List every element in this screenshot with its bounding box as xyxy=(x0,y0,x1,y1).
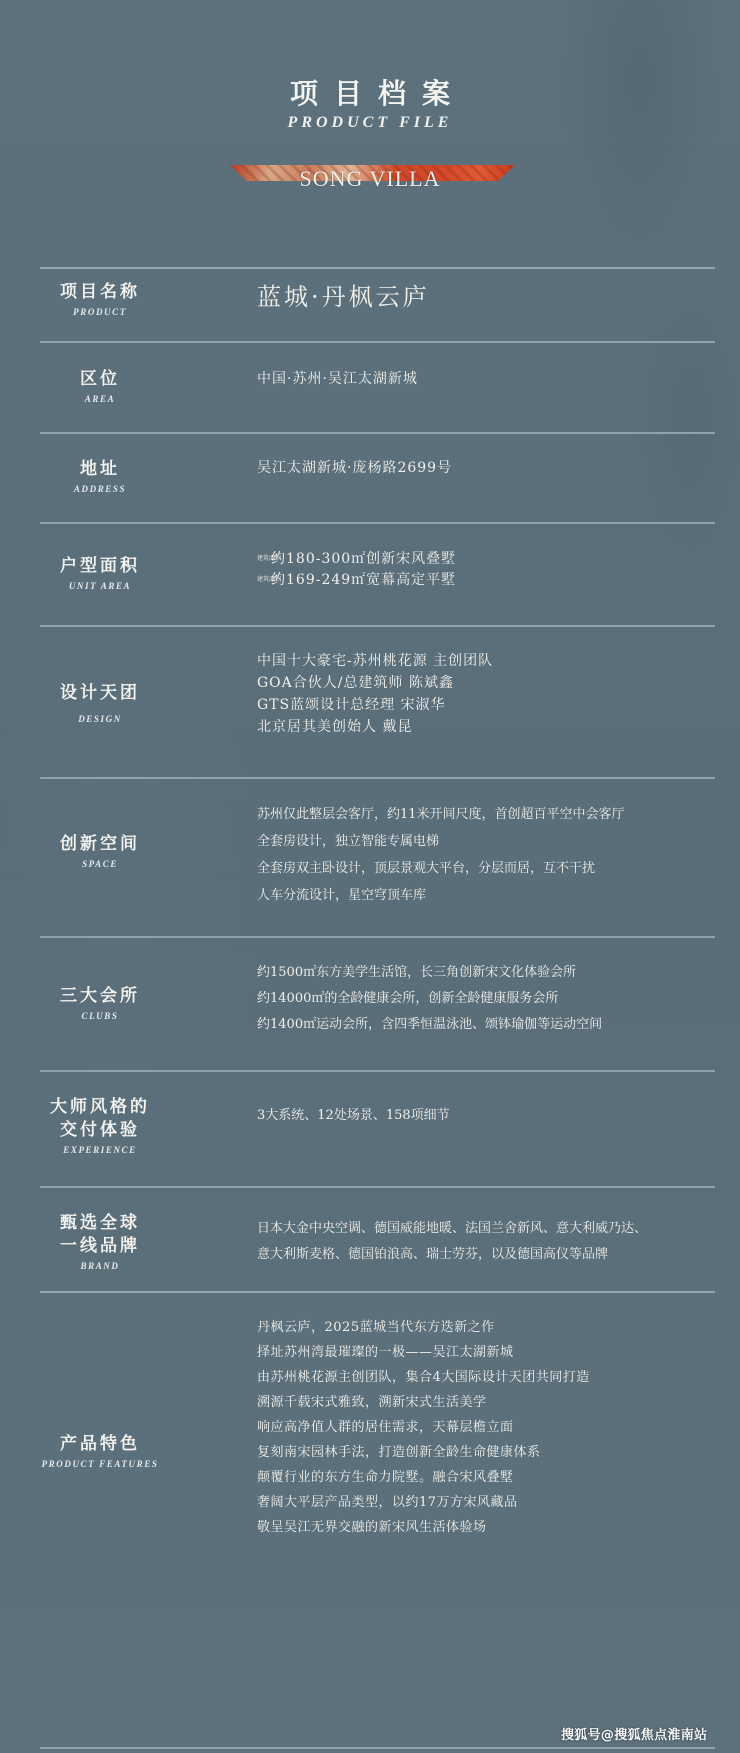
row-label: 户型面积 UNIT AREA xyxy=(40,555,160,591)
experience-value: 3大系统、12处场景、158项细节 xyxy=(257,1103,715,1128)
feature-line: 奢阔大平层产品类型，以约17万方宋风藏品 xyxy=(257,1490,715,1515)
row-value: 苏州仅此整层会客厅，约11米开间尺度，首创超百平空中会客厅 全套房设计，独立智能… xyxy=(257,801,715,909)
product-file-table: 项目名称 PRODUCT 蓝城·丹枫云庐 区位 AREA 中国·苏州·吴江太湖新… xyxy=(40,267,715,1749)
feature-line: 颠覆行业的东方生命力院墅。融合宋风叠墅 xyxy=(257,1465,715,1490)
label-cn: 交付体验 xyxy=(40,1119,160,1142)
label-cn: 区位 xyxy=(40,368,160,391)
page-header: 项目档案 PRODUCT FILE SONG VILLA xyxy=(0,0,740,240)
banner-text: SONG VILLA xyxy=(0,166,740,192)
row-value: 中国·苏州·吴江太湖新城 xyxy=(257,367,715,392)
unit-area-line: 建筑面积约169-249㎡宽幕高定平墅 xyxy=(257,570,715,591)
feature-line: 丹枫云庐，2025蓝城当代东方迭新之作 xyxy=(257,1315,715,1340)
label-cn: 项目名称 xyxy=(40,281,160,304)
row-value: 日本大金中央空调、德国威能地暖、法国兰舍新风、意大利威乃达、 意大利斯麦格、德国… xyxy=(257,1216,715,1268)
design-line: GOA合伙人/总建筑师 陈斌鑫 xyxy=(257,672,715,694)
space-line: 苏州仅此整层会客厅，约11米开间尺度，首创超百平空中会客厅 xyxy=(257,801,715,828)
club-line: 约1400㎡运动会所，含四季恒温泳池、颂钵瑜伽等运动空间 xyxy=(257,1012,715,1038)
brand-line: 意大利斯麦格、德国铂浪高、瑞士劳芬，以及德国高仪等品牌 xyxy=(257,1242,715,1268)
location-value: 中国·苏州·吴江太湖新城 xyxy=(257,367,715,392)
row-clubs: 三大会所 CLUBS 约1500㎡东方美学生活馆，长三角创新宋文化体验会所 约1… xyxy=(40,936,715,1070)
product-name: 蓝城·丹枫云庐 xyxy=(257,281,715,313)
space-line: 人车分流设计，星空穹顶车库 xyxy=(257,882,715,909)
page-subtitle: PRODUCT FILE xyxy=(0,114,740,132)
row-features: 产品特色 PRODUCT FEATURES 丹枫云庐，2025蓝城当代东方迭新之… xyxy=(40,1291,715,1749)
row-label: 三大会所 CLUBS xyxy=(40,985,160,1021)
label-en: PRODUCT FEATURES xyxy=(40,1459,160,1469)
feature-line: 敬呈吴江无界交融的新宋风生活体验场 xyxy=(257,1515,715,1540)
label-cn: 三大会所 xyxy=(40,985,160,1008)
row-design: 设计天团 DESIGN 中国十大豪宅-苏州桃花源 主创团队 GOA合伙人/总建筑… xyxy=(40,625,715,777)
label-en: CLUBS xyxy=(40,1011,160,1021)
label-en: ADDRESS xyxy=(40,484,160,494)
row-label: 项目名称 PRODUCT xyxy=(40,281,160,317)
row-label: 地址 ADDRESS xyxy=(40,458,160,494)
label-en: UNIT AREA xyxy=(40,581,160,591)
row-product: 项目名称 PRODUCT 蓝城·丹枫云庐 xyxy=(40,267,715,341)
label-cn: 创新空间 xyxy=(40,833,160,856)
row-label: 甄选全球 一线品牌 BRAND xyxy=(40,1212,160,1271)
row-space: 创新空间 SPACE 苏州仅此整层会客厅，约11米开间尺度，首创超百平空中会客厅… xyxy=(40,777,715,936)
row-value: 约1500㎡东方美学生活馆，长三角创新宋文化体验会所 约14000㎡的全龄健康会… xyxy=(257,960,715,1038)
space-line: 全套房双主卧设计，顶层景观大平台，分层而居，互不干扰 xyxy=(257,855,715,882)
row-value: 吴江太湖新城·庞杨路2699号 xyxy=(257,456,715,481)
unit-area-value: 约169-249㎡宽幕高定平墅 xyxy=(271,572,456,588)
label-en: PRODUCT xyxy=(40,307,160,317)
label-en: SPACE xyxy=(40,859,160,869)
row-value: 丹枫云庐，2025蓝城当代东方迭新之作 择址苏州湾最璀璨的一极——吴江太湖新城 … xyxy=(257,1315,715,1540)
row-label: 创新空间 SPACE xyxy=(40,833,160,869)
club-line: 约14000㎡的全龄健康会所，创新全龄健康服务会所 xyxy=(257,986,715,1012)
feature-line: 响应高净值人群的居住需求，天幕层檐立面 xyxy=(257,1415,715,1440)
space-line: 全套房设计，独立智能专属电梯 xyxy=(257,828,715,855)
row-label: 产品特色 PRODUCT FEATURES xyxy=(40,1433,160,1469)
row-value: 中国十大豪宅-苏州桃花源 主创团队 GOA合伙人/总建筑师 陈斌鑫 GTS蓝颂设… xyxy=(257,650,715,738)
row-address: 地址 ADDRESS 吴江太湖新城·庞杨路2699号 xyxy=(40,432,715,522)
row-area: 区位 AREA 中国·苏州·吴江太湖新城 xyxy=(40,341,715,432)
label-en: AREA xyxy=(40,394,160,404)
row-brand: 甄选全球 一线品牌 BRAND 日本大金中央空调、德国威能地暖、法国兰舍新风、意… xyxy=(40,1186,715,1291)
row-unit-area: 户型面积 UNIT AREA 建筑面积约180-300㎡创新宋风叠墅 建筑面积约… xyxy=(40,522,715,625)
label-cn: 产品特色 xyxy=(40,1433,160,1456)
row-value: 蓝城·丹枫云庐 xyxy=(257,281,715,313)
label-cn: 甄选全球 xyxy=(40,1212,160,1235)
design-line: 北京居其美创始人 戴昆 xyxy=(257,716,715,738)
club-line: 约1500㎡东方美学生活馆，长三角创新宋文化体验会所 xyxy=(257,960,715,986)
design-line: 中国十大豪宅-苏州桃花源 主创团队 xyxy=(257,650,715,672)
row-value: 建筑面积约180-300㎡创新宋风叠墅 建筑面积约169-249㎡宽幕高定平墅 xyxy=(257,549,715,591)
sohu-watermark: 搜狐号@搜狐焦点淮南站 xyxy=(561,1724,707,1743)
feature-line: 复刻南宋园林手法，打造创新全龄生命健康体系 xyxy=(257,1440,715,1465)
unit-area-value: 约180-300㎡创新宋风叠墅 xyxy=(271,551,456,567)
label-en: EXPERIENCE xyxy=(40,1145,160,1155)
label-en: DESIGN xyxy=(40,714,160,724)
building-area-prefix: 建筑面积 xyxy=(257,577,270,583)
brand-line: 日本大金中央空调、德国威能地暖、法国兰舍新风、意大利威乃达、 xyxy=(257,1216,715,1242)
label-cn: 大师风格的 xyxy=(40,1096,160,1119)
building-area-prefix: 建筑面积 xyxy=(257,556,270,562)
row-label: 大师风格的 交付体验 EXPERIENCE xyxy=(40,1096,160,1155)
unit-area-line: 建筑面积约180-300㎡创新宋风叠墅 xyxy=(257,549,715,570)
label-en: BRAND xyxy=(40,1261,160,1271)
row-label: 区位 AREA xyxy=(40,368,160,404)
row-value: 3大系统、12处场景、158项细节 xyxy=(257,1103,715,1128)
page-title: 项目档案 xyxy=(0,72,740,112)
feature-line: 择址苏州湾最璀璨的一极——吴江太湖新城 xyxy=(257,1340,715,1365)
row-experience: 大师风格的 交付体验 EXPERIENCE 3大系统、12处场景、158项细节 xyxy=(40,1070,715,1186)
design-line: GTS蓝颂设计总经理 宋淑华 xyxy=(257,694,715,716)
address-value: 吴江太湖新城·庞杨路2699号 xyxy=(257,456,715,481)
feature-line: 由苏州桃花源主创团队，集合4大国际设计天团共同打造 xyxy=(257,1365,715,1390)
row-label: 设计天团 DESIGN xyxy=(40,682,160,724)
label-cn: 设计天团 xyxy=(40,682,160,705)
label-cn: 户型面积 xyxy=(40,555,160,578)
label-cn: 一线品牌 xyxy=(40,1235,160,1258)
feature-line: 溯源千载宋式雅致，溯新宋式生活美学 xyxy=(257,1390,715,1415)
label-cn: 地址 xyxy=(40,458,160,481)
